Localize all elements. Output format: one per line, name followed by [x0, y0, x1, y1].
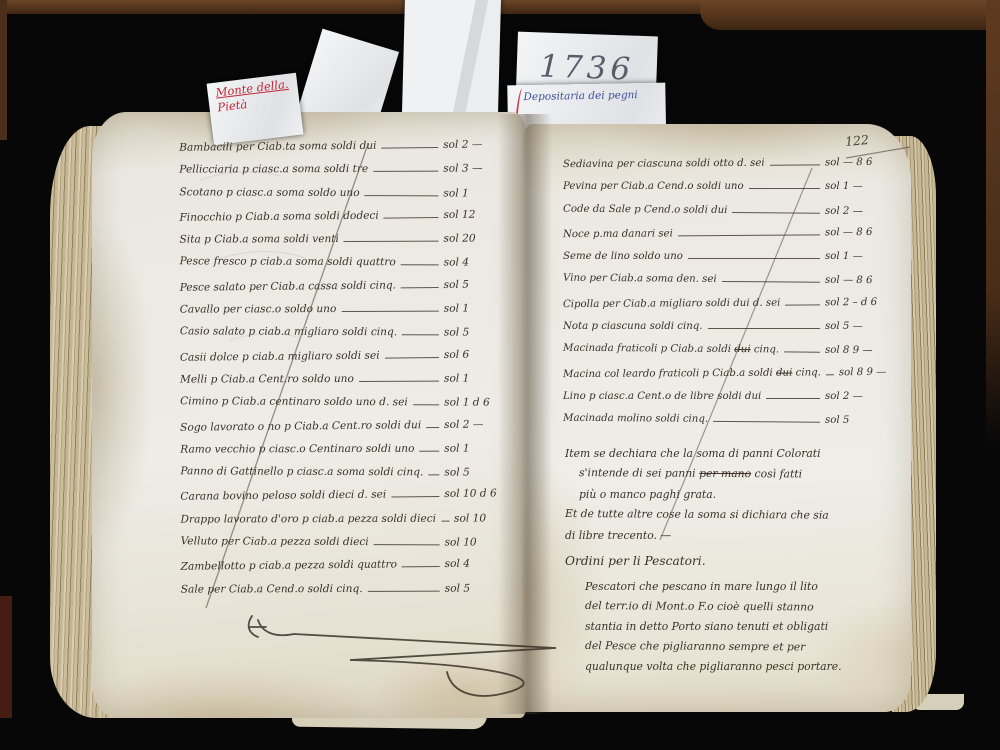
right-ledger-entries: Sediavina per ciascuna soldi otto d. sei…	[563, 158, 895, 438]
entry-value: sol 2 —	[443, 138, 509, 151]
depositaria-label: Depositaria dei pegni	[523, 89, 637, 103]
leader-line	[784, 352, 820, 353]
ledger-row: Sita p Ciab.a soma soldi ventisol 20	[180, 233, 510, 257]
ledger-row: Sediavina per ciascuna soldi otto d. sei…	[563, 157, 895, 183]
leader-line	[732, 212, 820, 214]
entry-text: Pesce salato per Ciab.a cassa soldi cinq…	[180, 279, 396, 293]
leader-line	[713, 421, 820, 423]
entry-text: Sale per Ciab.a Cend.o soldi cinq.	[181, 583, 363, 596]
entry-text: Pevina per Ciab.a Cend.o soldi uno	[563, 181, 744, 192]
entry-value: sol 1	[443, 187, 509, 199]
entry-text: Noce p.ma danari sei	[563, 228, 673, 240]
text-line: qualunque volta che pigliaranno pesci po…	[585, 657, 897, 677]
ledger-row: Macinada fraticoli p Ciab.a soldi dui ci…	[563, 343, 895, 369]
entry-text: stantia in detto Porto siano tenuti et o…	[585, 620, 828, 633]
text-line: Item se dechiara che la soma di panni Co…	[565, 444, 887, 464]
entry-value: sol 2 – d 6	[825, 297, 895, 308]
ledger-row: Zambellotto p ciab.a pezza soldi quattro…	[181, 558, 511, 585]
entry-text: Macina col leardo fraticoli p Ciab.a sol…	[563, 367, 821, 380]
entry-value: sol 1	[444, 372, 510, 384]
wood-table-bottom-left	[0, 596, 12, 718]
orders-paragraph: Pescatori che pescano in mare lungo il l…	[585, 577, 897, 677]
leader-line	[401, 287, 439, 288]
text-line: stantia in detto Porto siano tenuti et o…	[585, 617, 897, 637]
ledger-row: Sogo lavorato o no p Ciab.a Cent.ro sold…	[180, 418, 510, 445]
ledger-row: Pellicciaria p ciasc.a soma soldi tresol…	[179, 163, 509, 187]
leader-line	[428, 475, 439, 476]
text-line: Et de tutte altre cose la soma si dichia…	[565, 504, 887, 526]
entry-text: Pellicciaria p ciasc.a soma soldi tre	[179, 163, 368, 176]
ledger-row: Carana bovino peloso soldi dieci d. seis…	[180, 488, 510, 515]
leader-line	[678, 234, 820, 236]
ledger-row: Scotano p ciasc.a soma soldo unosol 1	[179, 186, 509, 211]
text-line: Pescatori che pescano in mare lungo il l…	[585, 577, 897, 597]
entry-value: sol 5 —	[825, 321, 895, 332]
ledger-row: Sale per Ciab.a Cend.o soldi cinq.sol 5	[181, 582, 511, 606]
entry-text: Code da Sale p Cend.o soldi dui	[563, 203, 727, 215]
ledger-row: Macinada molino soldi cinq.sol 5	[563, 413, 895, 439]
entry-text: s'intende di sei panni per mano così fat…	[579, 467, 802, 481]
entry-text: Finocchio p Ciab.a soma soldi dodeci	[179, 210, 378, 224]
leader-line	[374, 544, 440, 545]
ledger-row: Lino p ciasc.a Cent.o de libre soldi dui…	[563, 391, 895, 414]
leader-line	[344, 241, 439, 242]
text-line: più o manco paghi grata.	[565, 485, 887, 505]
entry-value: sol 10	[445, 536, 511, 548]
entry-value: sol 4	[444, 257, 510, 269]
entry-value: sol — 8 6	[825, 157, 895, 168]
text-line: di libre trecento. —	[565, 526, 887, 546]
leader-line	[749, 188, 820, 189]
text-line: del terr.io di Mont.o F.o cioè quelli st…	[585, 596, 897, 618]
leader-line	[402, 335, 439, 336]
struck-text: per mano	[699, 467, 751, 480]
leader-line	[708, 328, 820, 329]
leader-line	[385, 357, 439, 359]
entry-text: Drappo lavorato d'oro p ciab.a pezza sol…	[180, 512, 436, 525]
entry-text: Melli p Ciab.a Cent.ro soldo uno	[180, 373, 354, 386]
entry-value: sol 5	[825, 415, 895, 427]
entry-value: sol 6	[444, 348, 510, 361]
ledger-row: Melli p Ciab.a Cent.ro soldo unosol 1	[180, 372, 510, 396]
text-line: s'intende di sei panni per mano così fat…	[565, 463, 887, 485]
leader-line	[413, 405, 439, 406]
struck-text: dui	[734, 344, 750, 355]
ledger-row: Drappo lavorato d'oro p ciab.a pezza sol…	[180, 512, 510, 536]
leader-line	[391, 496, 439, 498]
leader-line	[688, 258, 820, 259]
entry-value: sol 1 —	[825, 251, 895, 262]
entry-text: Item se dechiara che la soma di panni Co…	[565, 447, 821, 460]
ledger-row: Cipolla per Ciab.a migliaro soldi dui d.…	[563, 297, 895, 323]
entry-value: sol 5	[445, 582, 511, 594]
wood-table-right-edge	[986, 0, 1000, 445]
leader-line	[785, 304, 820, 305]
manuscript-photo: 1736 ~ ! Depositaria dei pegni Monte del…	[0, 0, 1000, 750]
leader-line	[368, 590, 440, 591]
leader-line	[770, 164, 820, 165]
leader-line	[766, 398, 820, 399]
entry-value: sol 20	[444, 233, 510, 245]
entry-text: Nota p ciascuna soldi cinq.	[563, 321, 703, 332]
entry-value: sol 8 9 —	[825, 345, 895, 357]
ledger-row: Finocchio p Ciab.a soma soldi dodecisol …	[179, 208, 509, 235]
leader-line	[382, 147, 439, 149]
entry-text: Pescatori che pescano in mare lungo il l…	[585, 580, 818, 593]
entry-text: Zambellotto p ciab.a pezza soldi quattro	[181, 559, 397, 573]
entry-value: sol 1 —	[825, 181, 895, 192]
ledger-row: Bambacili per Ciab.ta soma soldi duisol …	[179, 138, 509, 165]
entry-value: sol 1	[444, 442, 510, 454]
ledger-row: Ramo vecchio p ciasc.o Centinaro soldi u…	[180, 442, 510, 466]
entry-value: sol 10 d 6	[444, 488, 510, 501]
entry-text: Casii dolce p ciab.a migliaro soldi sei	[180, 349, 380, 363]
entry-text: Seme de lino soldo uno	[563, 251, 683, 262]
entry-text: Macinada molino soldi cinq.	[563, 413, 708, 425]
entry-value: sol 2 —	[825, 205, 895, 217]
leader-line	[341, 311, 438, 312]
ledger-row: Casii dolce p ciab.a migliaro soldi seis…	[180, 348, 510, 375]
orders-heading: Ordini per li Pescatori.	[565, 554, 706, 568]
struck-text: dui	[776, 367, 792, 378]
entry-value: sol 2 —	[825, 391, 895, 402]
leader-line	[401, 265, 439, 266]
wood-table-left-edge	[0, 0, 7, 140]
entry-text: di libre trecento. —	[565, 529, 671, 542]
ledger-row: Velluto per Ciab.a pezza soldi diecisol …	[181, 535, 511, 560]
leader-line	[420, 451, 440, 452]
leader-line	[441, 520, 449, 521]
leader-line	[365, 195, 439, 196]
entry-text: Sita p Ciab.a soma soldi venti	[180, 233, 339, 246]
entry-value: sol 1 d 6	[444, 397, 510, 409]
leader-line	[384, 217, 439, 219]
entry-text: del Pesce che pigliaranno sempre et per	[585, 639, 805, 653]
left-ledger-entries: Bambacili per Ciab.ta soma soldi duisol …	[179, 139, 511, 606]
entry-text: Lino p ciasc.a Cent.o de libre soldi dui	[563, 391, 761, 402]
ledger-row: Cavallo per ciasc.o soldo unosol 1	[180, 303, 510, 327]
entry-text: Macinada fraticoli p Ciab.a soldi dui ci…	[563, 343, 779, 356]
entry-value: sol 12	[443, 208, 509, 221]
entry-text: Panno di Gattinello p ciasc.a soma soldi…	[180, 465, 423, 478]
ledger-row: Pesce salato per Ciab.a cassa soldi cinq…	[180, 278, 510, 305]
entry-text: del terr.io di Mont.o F.o cioè quelli st…	[585, 599, 814, 613]
monte-pieta-slip: Monte della. Pietà	[207, 73, 304, 146]
leader-line	[426, 427, 439, 428]
ledger-row: Casio salato p ciab.a migliaro soldi cin…	[180, 326, 510, 351]
wood-table-top-right	[700, 0, 1000, 30]
leader-line	[826, 374, 834, 375]
ledger-row: Pevina per Ciab.a Cend.o soldi unosol 1 …	[563, 181, 895, 204]
entry-text: Scotano p ciasc.a soma soldo uno	[179, 186, 359, 199]
entry-text: Bambacili per Ciab.ta soma soldi dui	[179, 140, 376, 154]
entry-value: sol 5	[444, 467, 510, 479]
entry-text: qualunque volta che pigliaranno pesci po…	[585, 660, 842, 673]
entry-value: sol 2 —	[444, 418, 510, 431]
ledger-row: Cimino p Ciab.a centinaro soldo uno d. s…	[180, 396, 510, 421]
entry-text: Sogo lavorato o no p Ciab.a Cent.ro sold…	[180, 419, 421, 434]
entry-text: Vino per Ciab.a soma den. sei	[563, 273, 717, 285]
ledger-row: Macina col leardo fraticoli p Ciab.a sol…	[563, 367, 895, 393]
ledger-row: Nota p ciascuna soldi cinq.sol 5 —	[563, 321, 895, 344]
entry-value: sol 5	[444, 278, 510, 291]
entry-text: Carana bovino peloso soldi dieci d. sei	[180, 489, 386, 503]
ledger-row: Noce p.ma danari seisol — 8 6	[563, 227, 895, 253]
ledger-row: Seme de lino soldo unosol 1 —	[563, 251, 895, 274]
entry-text: Casio salato p ciab.a migliaro soldi cin…	[180, 326, 397, 339]
entry-text: Pesce fresco p ciab.a soma soldi quattro	[180, 256, 396, 269]
entry-text: Cipolla per Ciab.a migliaro soldi dui d.…	[563, 297, 780, 310]
entry-text: Velluto per Ciab.a pezza soldi dieci	[181, 535, 369, 548]
leader-line	[402, 566, 440, 567]
year-label: 1736	[539, 48, 635, 87]
ledger-row: Code da Sale p Cend.o soldi duisol 2 —	[563, 203, 895, 229]
folio-number: 122	[844, 132, 869, 149]
ledger-row: Panno di Gattinello p ciasc.a soma soldi…	[180, 465, 510, 490]
entry-text: Sediavina per ciascuna soldi otto d. sei	[563, 158, 765, 170]
entry-value: sol 3 —	[443, 163, 509, 175]
leader-line	[722, 281, 820, 283]
ledger-row: Pesce fresco p ciab.a soma soldi quattro…	[180, 256, 510, 281]
entry-value: sol — 8 6	[825, 275, 895, 287]
entry-value: sol 4	[445, 558, 511, 571]
entry-text: Cimino p Ciab.a centinaro soldo uno d. s…	[180, 396, 408, 409]
entry-value: sol 5	[444, 327, 510, 339]
entry-value: sol — 8 6	[825, 227, 895, 238]
entry-value: sol 8 9 —	[839, 366, 909, 377]
entry-text: più o manco paghi grata.	[579, 488, 716, 501]
entry-value: sol 1	[444, 303, 510, 315]
leader-line	[373, 171, 438, 172]
entry-text: Cavallo per ciasc.o soldo uno	[180, 303, 337, 316]
entry-text: Et de tutte altre cose la soma si dichia…	[565, 507, 829, 522]
entry-value: sol 10	[454, 512, 520, 524]
declaration-paragraph: Item se dechiara che la soma di panni Co…	[565, 444, 887, 546]
leader-line	[359, 381, 439, 382]
text-line: del Pesce che pigliaranno sempre et per	[585, 636, 897, 658]
ledger-row: Vino per Ciab.a soma den. seisol — 8 6	[563, 273, 895, 299]
